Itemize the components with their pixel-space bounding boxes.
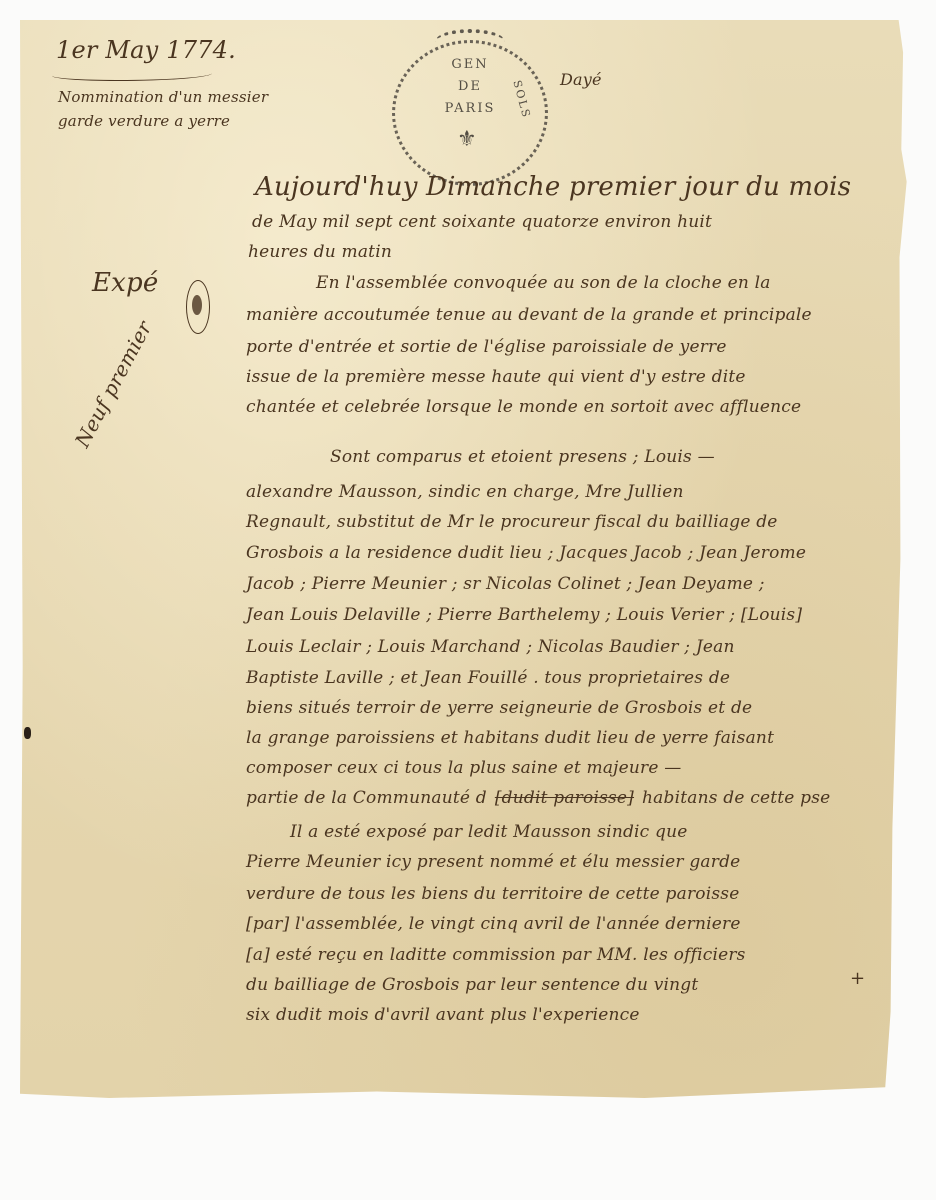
body-p4-line-7: six dudit mois d'avril avant plus l'expe… [246,1005,640,1025]
body-p4-line-4: [par] l'assemblée, le vingt cinq avril d… [246,914,741,934]
page-label: Dayé [560,70,602,89]
body-p2-line-5: chantée et celebrée lorsque le monde en … [246,397,801,417]
body-p2-line-4: issue de la première messe haute qui vie… [246,367,746,387]
body-p3-line-6: Jean Louis Delaville ; Pierre Barthelemy… [246,605,802,625]
body-p3-line-12-end: habitans de cette pse [642,788,830,808]
ink-blot [24,727,31,739]
body-p1-line-3: heures du matin [248,242,392,262]
margin-seal-icon [186,280,210,334]
body-p2-line-3: porte d'entrée et sortie de l'église par… [246,337,727,357]
right-margin-mark: + [850,968,865,989]
body-p3-line-4: Grosbois a la residence dudit lieu ; Jac… [246,543,806,563]
title-line-1: Nommination d'un messier [58,88,268,106]
body-p3-line-1: Sont comparus et etoient presens ; Louis… [330,447,715,467]
margin-expedition-mark: Expé [92,268,158,298]
body-p4-line-2: Pierre Meunier icy present nommé et élu … [246,852,740,872]
body-p1-line-2: de May mil sept cent soixante quatorze e… [252,212,712,232]
struck-text: [dudit paroisse] [495,788,634,808]
title-line-2: garde verdure a yerre [58,112,230,130]
body-p2-line-1: En l'assemblée convoquée au son de la cl… [316,273,771,293]
body-p3-line-5: Jacob ; Pierre Meunier ; sr Nicolas Coli… [246,574,765,594]
body-p3-line-3: Regnault, substitut de Mr le procureur f… [246,512,778,532]
fleur-de-lis-icon: ⚜ [457,127,477,152]
body-p4-line-6: du bailliage de Grosbois par leur senten… [246,975,698,995]
body-p2-line-2: manière accoutumée tenue au devant de la… [246,305,812,325]
body-p3-line-12-start: partie de la Communauté d [246,788,487,808]
body-p3-line-9: biens situés terroir de yerre seigneurie… [246,698,752,718]
body-p3-line-2: alexandre Mausson, sindic en charge, Mre… [246,482,684,502]
body-p3-line-7: Louis Leclair ; Louis Marchand ; Nicolas… [246,637,735,657]
stamp-crown-icon [435,29,505,55]
stamp-line-1: GEN [395,57,545,72]
body-p3-line-8: Baptiste Laville ; et Jean Fouillé . tou… [246,668,730,688]
body-p4-line-5: [a] esté reçu en laditte commission par … [246,945,746,965]
tax-stamp: GEN DE PARIS SOLS ⚜ [392,40,548,186]
body-p4-line-1: Il a esté exposé par ledit Mausson sindi… [290,822,688,842]
body-p3-line-12: partie de la Communauté d [dudit paroiss… [246,788,830,808]
body-p3-line-11: composer ceux ci tous la plus saine et m… [246,758,681,778]
date-heading: 1er May 1774. [56,36,236,64]
body-p1-line-1: Aujourd'huy Dimanche premier jour du moi… [255,172,851,202]
body-p3-line-10: la grange paroissiens et habitans dudit … [246,728,774,748]
body-p4-line-3: verdure de tous les biens du territoire … [246,884,739,904]
